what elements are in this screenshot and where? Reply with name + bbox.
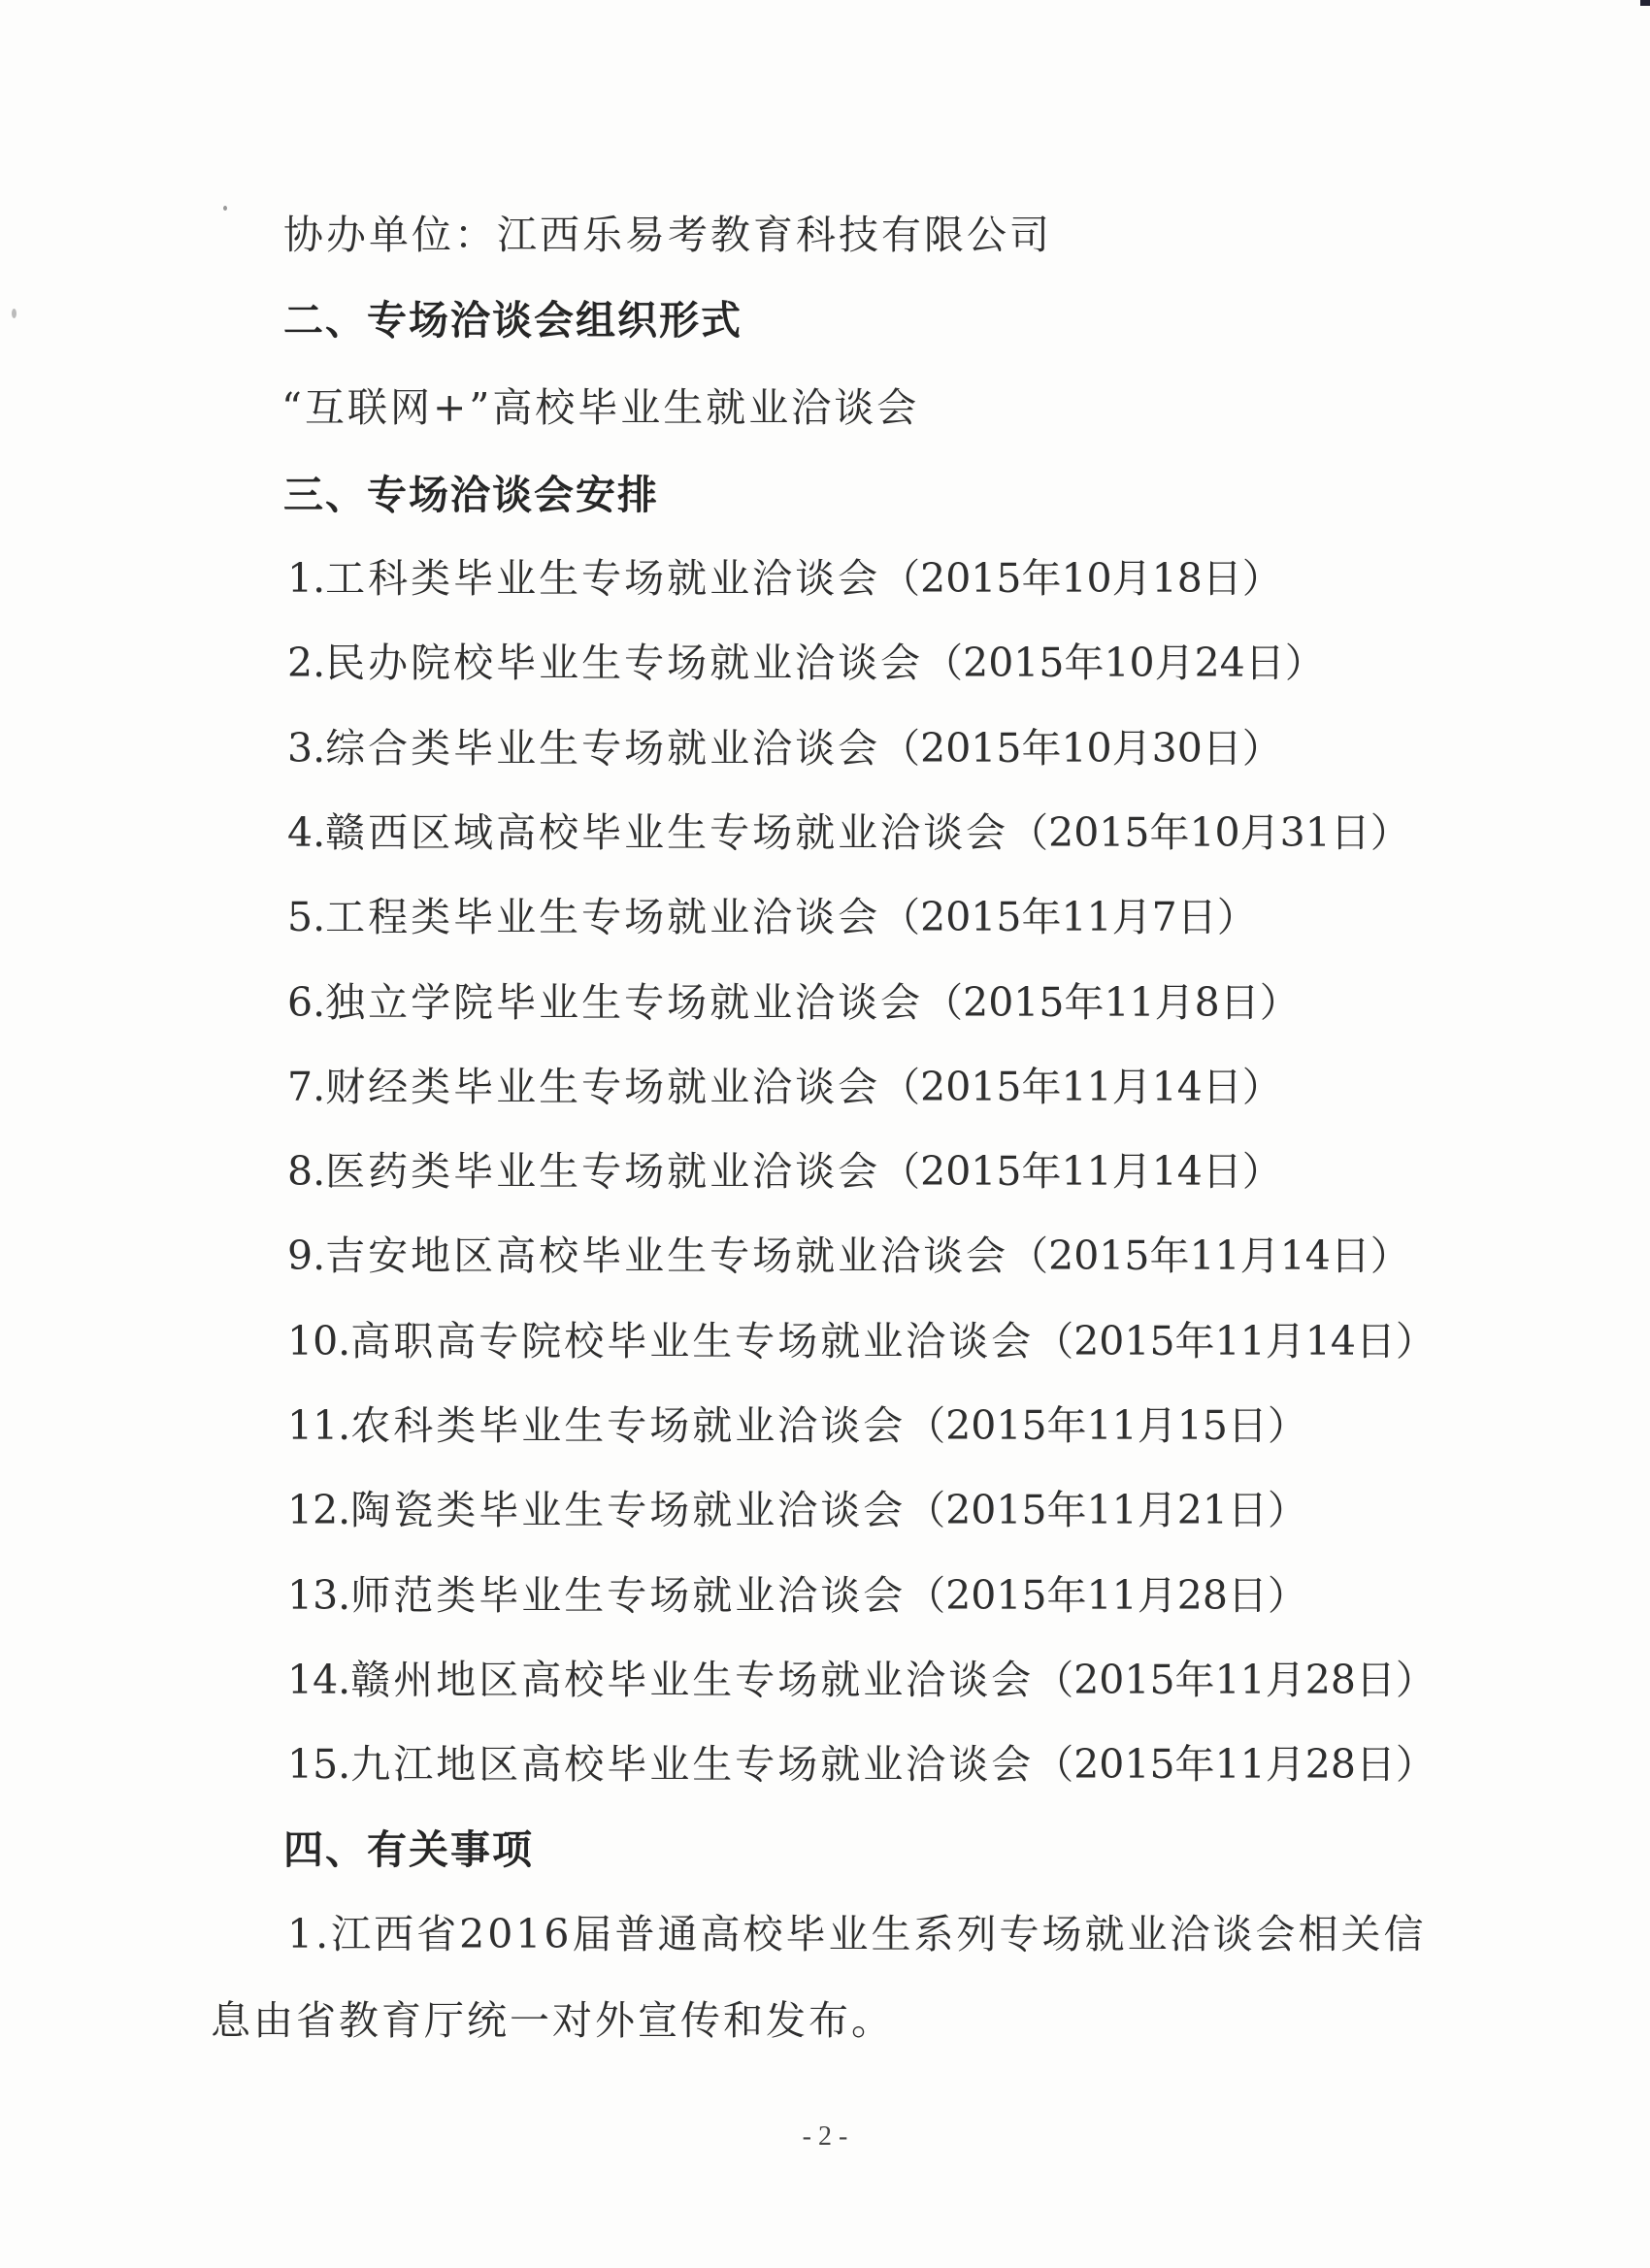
schedule-item-title: 师范类毕业生专场就业洽谈会: [350, 1572, 906, 1619]
schedule-item-date: （2015年11月14日）: [1008, 1233, 1410, 1279]
schedule-item-title: 赣西区域高校毕业生专场就业洽谈会: [325, 809, 1008, 856]
schedule-item: 3.综合类毕业生专场就业洽谈会（2015年10月30日）: [287, 719, 1282, 777]
schedule-item-number: 3.: [287, 725, 325, 772]
schedule-item-date: （2015年11月28日）: [1034, 1657, 1435, 1703]
schedule-item-number: 1.: [287, 555, 325, 602]
schedule-item-number: 2.: [287, 640, 325, 686]
schedule-item-title: 独立学院毕业生专场就业洽谈会: [325, 979, 923, 1026]
schedule-item-number: 4.: [287, 809, 325, 856]
schedule-item-date: （2015年11月14日）: [880, 1064, 1282, 1110]
schedule-item-date: （2015年11月28日）: [906, 1572, 1307, 1619]
schedule-item-number: 7.: [287, 1064, 325, 1110]
schedule-item-date: （2015年11月28日）: [1034, 1741, 1435, 1788]
schedule-item-date: （2015年10月24日）: [923, 640, 1325, 686]
schedule-item-title: 民办院校毕业生专场就业洽谈会: [325, 640, 923, 686]
section-4-heading: 四、有关事项: [283, 1821, 534, 1879]
page-number: - 2 -: [0, 2121, 1650, 2153]
section-3-heading: 三、专场洽谈会安排: [283, 466, 659, 524]
schedule-item-number: 11.: [287, 1402, 350, 1449]
section-4-paragraph-line-2: 息由省教育厅统一对外宣传和发布。: [211, 1991, 894, 2050]
schedule-item: 6.独立学院毕业生专场就业洽谈会（2015年11月8日）: [287, 973, 1300, 1032]
schedule-item: 14.赣州地区高校毕业生专场就业洽谈会（2015年11月28日）: [287, 1651, 1435, 1709]
schedule-item: 4.赣西区域高校毕业生专场就业洽谈会（2015年10月31日）: [287, 804, 1410, 862]
schedule-item: 11.农科类毕业生专场就业洽谈会（2015年11月15日）: [287, 1397, 1307, 1455]
schedule-item-number: 14.: [287, 1657, 350, 1703]
schedule-item: 8.医药类毕业生专场就业洽谈会（2015年11月14日）: [287, 1142, 1282, 1200]
schedule-item-number: 9.: [287, 1233, 325, 1279]
schedule-item-title: 财经类毕业生专场就业洽谈会: [325, 1064, 880, 1110]
schedule-item-title: 工科类毕业生专场就业洽谈会: [325, 555, 880, 602]
schedule-item-date: （2015年11月14日）: [880, 1148, 1282, 1195]
schedule-item-date: （2015年11月21日）: [906, 1487, 1307, 1533]
schedule-item-title: 综合类毕业生专场就业洽谈会: [325, 725, 880, 772]
scan-speck: [12, 309, 16, 318]
schedule-item-number: 15.: [287, 1741, 350, 1788]
scan-speck: [223, 206, 227, 211]
schedule-item-number: 10.: [287, 1318, 350, 1364]
schedule-item-number: 6.: [287, 979, 325, 1026]
schedule-item-number: 5.: [287, 894, 325, 940]
schedule-item-date: （2015年10月18日）: [880, 555, 1282, 602]
schedule-item: 7.财经类毕业生专场就业洽谈会（2015年11月14日）: [287, 1058, 1282, 1116]
section-4-paragraph-line-1: 1.江西省2016届普通高校毕业生系列专场就业洽谈会相关信: [287, 1905, 1426, 1963]
schedule-item: 15.九江地区高校毕业生专场就业洽谈会（2015年11月28日）: [287, 1735, 1435, 1793]
schedule-item: 1.工科类毕业生专场就业洽谈会（2015年10月18日）: [287, 549, 1282, 608]
schedule-item-date: （2015年11月7日）: [880, 894, 1257, 940]
schedule-item-title: 农科类毕业生专场就业洽谈会: [350, 1402, 906, 1449]
schedule-item-title: 赣州地区高校毕业生专场就业洽谈会: [350, 1657, 1034, 1703]
section-2-heading: 二、专场洽谈会组织形式: [283, 291, 742, 349]
schedule-item-date: （2015年11月15日）: [906, 1402, 1307, 1449]
schedule-item-title: 工程类毕业生专场就业洽谈会: [325, 894, 880, 940]
schedule-item-date: （2015年10月30日）: [880, 725, 1282, 772]
schedule-item: 9.吉安地区高校毕业生专场就业洽谈会（2015年11月14日）: [287, 1227, 1410, 1285]
schedule-item-number: 13.: [287, 1572, 350, 1619]
schedule-item-date: （2015年11月14日）: [1034, 1318, 1435, 1364]
schedule-item-number: 12.: [287, 1487, 350, 1533]
schedule-item: 2.民办院校毕业生专场就业洽谈会（2015年10月24日）: [287, 634, 1325, 692]
schedule-item: 5.工程类毕业生专场就业洽谈会（2015年11月7日）: [287, 888, 1257, 946]
schedule-item: 12.陶瓷类毕业生专场就业洽谈会（2015年11月21日）: [287, 1481, 1307, 1539]
co-organizer-line: 协办单位：江西乐易考教育科技有限公司: [283, 206, 1052, 264]
schedule-item: 10.高职高专院校毕业生专场就业洽谈会（2015年11月14日）: [287, 1312, 1435, 1370]
schedule-item-title: 吉安地区高校毕业生专场就业洽谈会: [325, 1233, 1008, 1279]
section-2-text: “互联网+”高校毕业生就业洽谈会: [281, 378, 919, 437]
schedule-item-date: （2015年11月8日）: [923, 979, 1300, 1026]
schedule-item: 13.师范类毕业生专场就业洽谈会（2015年11月28日）: [287, 1566, 1307, 1625]
schedule-item-title: 高职高专院校毕业生专场就业洽谈会: [350, 1318, 1034, 1364]
schedule-item-title: 医药类毕业生专场就业洽谈会: [325, 1148, 880, 1195]
schedule-item-title: 九江地区高校毕业生专场就业洽谈会: [350, 1741, 1034, 1788]
scan-edge-mark: [1640, 0, 1650, 6]
schedule-item-title: 陶瓷类毕业生专场就业洽谈会: [350, 1487, 906, 1533]
schedule-item-date: （2015年10月31日）: [1008, 809, 1410, 856]
schedule-item-number: 8.: [287, 1148, 325, 1195]
